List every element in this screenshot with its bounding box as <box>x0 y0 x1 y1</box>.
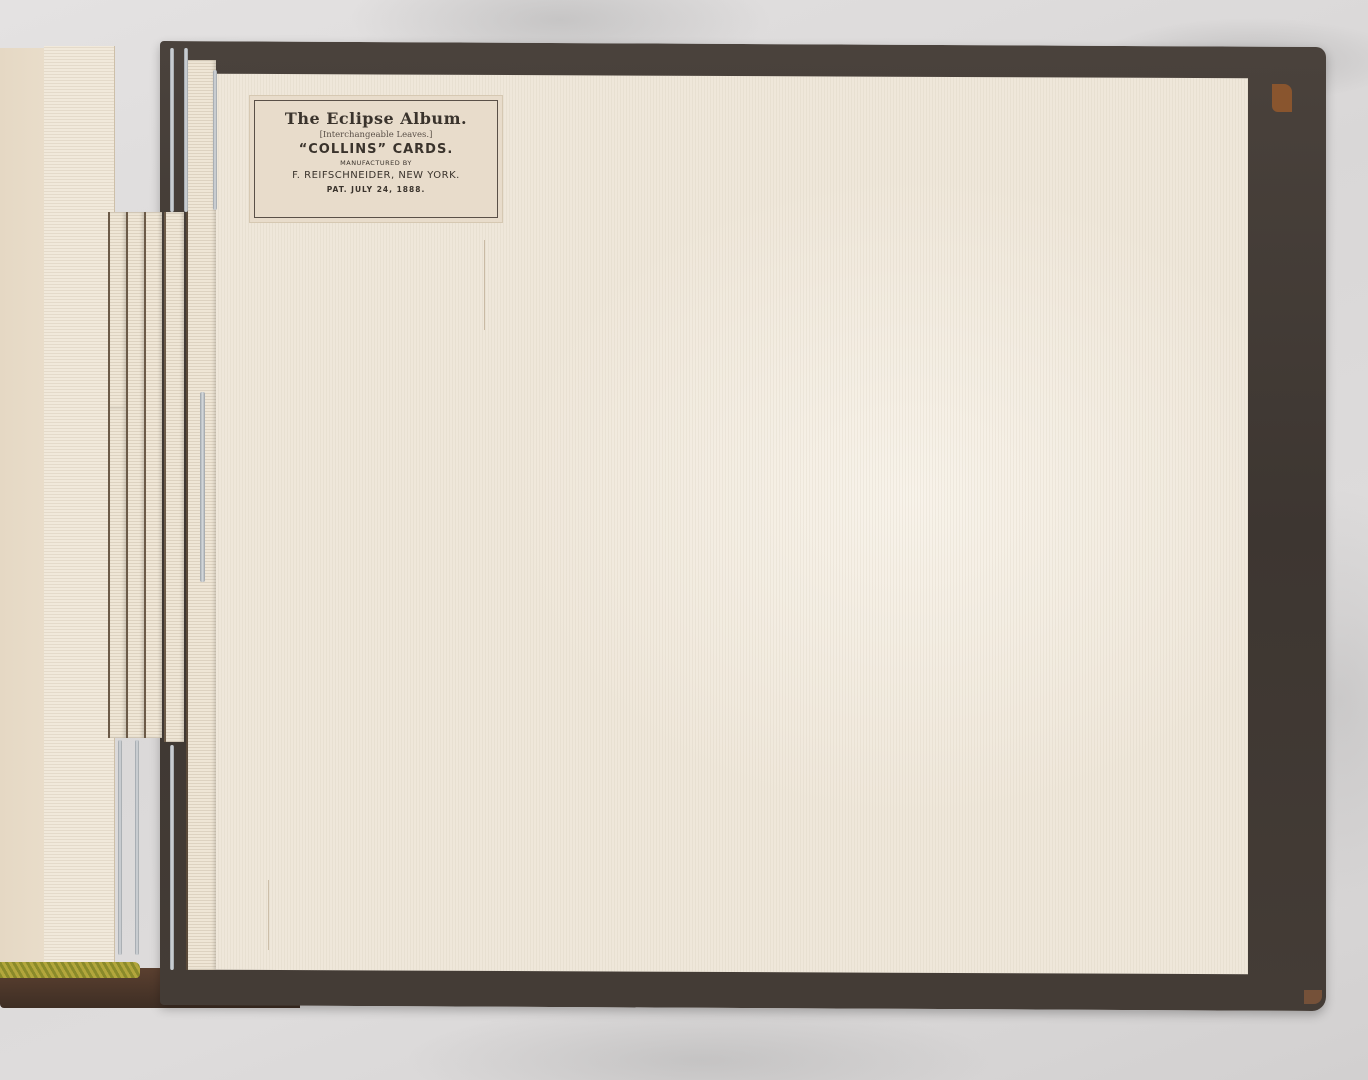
binding-rod-top-1 <box>170 48 174 212</box>
binding-rod-top-3 <box>213 70 217 210</box>
worn-corner-bottom-right <box>1304 990 1322 1004</box>
label-product: “COLLINS” CARDS. <box>255 142 497 157</box>
label-subtitle: [Interchangeable Leaves.] <box>255 130 497 140</box>
leaf-stub-1 <box>108 408 126 738</box>
album-photo: { "scene": { "subject": "Open antique ph… <box>0 0 1368 1080</box>
label-manufactured-by: MANUFACTURED BY <box>255 159 497 167</box>
binding-rod-bottom-3 <box>170 745 174 970</box>
left-page-hinge <box>44 46 115 966</box>
binding-rod-bottom-2 <box>135 740 139 955</box>
leaf-stub-3 <box>144 212 162 738</box>
binding-rod-bottom-1 <box>118 740 122 955</box>
label-title: The Eclipse Album. <box>255 109 497 128</box>
endpaper-crease <box>484 240 489 330</box>
label-patent: PAT. JULY 24, 1888. <box>255 185 497 194</box>
leaf-stub-upper-1 <box>108 212 126 408</box>
leaf-stub-4 <box>164 212 184 742</box>
binding-rod-middle <box>200 392 205 582</box>
worn-corner-top-right <box>1272 84 1292 112</box>
binding-rod-top-2 <box>184 48 188 212</box>
leaf-stub-2 <box>126 212 144 738</box>
label-border: The Eclipse Album. [Interchangeable Leav… <box>254 100 498 218</box>
endpaper-crease-lower <box>268 880 277 950</box>
gold-trim <box>0 962 140 978</box>
makers-label: The Eclipse Album. [Interchangeable Leav… <box>250 96 502 222</box>
label-maker: F. REIFSCHNEIDER, NEW YORK. <box>255 170 497 181</box>
